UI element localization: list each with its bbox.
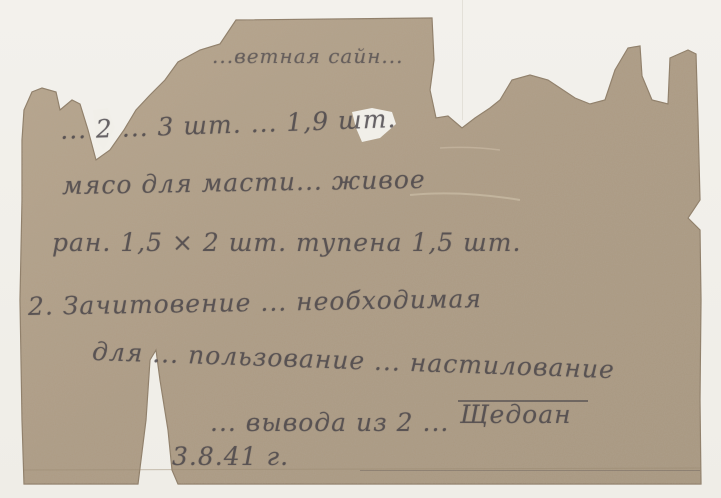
handwritten-line-7: ... вывода из 2 ... [210, 408, 449, 437]
date: 3.8.41 г. [172, 442, 289, 471]
torn-paper-note: ...ветная сайн... ... 2 ... 3 шт. ... 1,… [0, 0, 721, 498]
handwritten-line-1: ...ветная сайн... [212, 44, 403, 68]
signature: Щедоан [460, 400, 572, 429]
handwritten-line-4: ран. 1,5 × 2 шт. тупена 1,5 шт. [52, 228, 521, 257]
bottom-rule-line [360, 470, 700, 471]
